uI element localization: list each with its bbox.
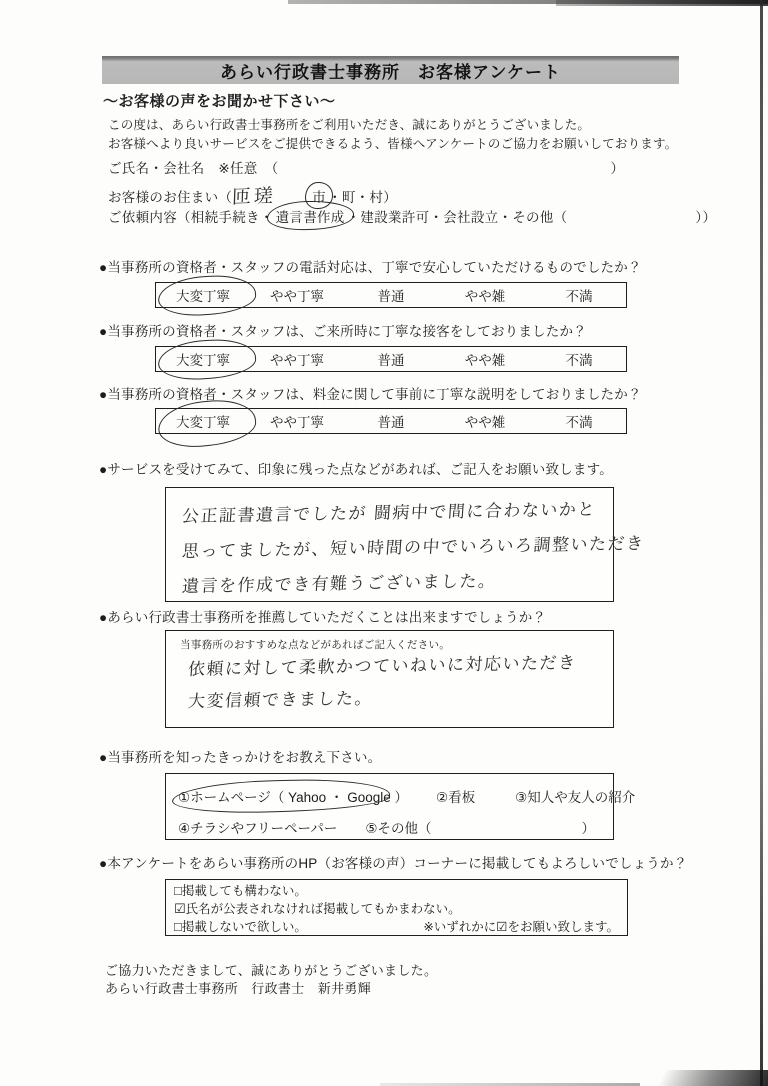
source-opt5-close: ） [582, 821, 596, 836]
publish-option-3: □掲載しないで欲しい。 ※いずれかに☑をお願い致します。 [174, 918, 619, 936]
source-option-signboard: ②看板 [436, 790, 475, 805]
scan-artifact-bottom-right [628, 1070, 768, 1086]
rating-option: 不満 [532, 285, 626, 305]
handwritten-comment-line: 遺言を作成でき有難うございました。 [181, 563, 598, 605]
question-recommend: ●あらい行政書士事務所を推薦していただくことは出来ますでしょうか？ [99, 606, 546, 626]
source-options-box: ①ホームページ（ Yahoo ・ Google ）②看板③知人や友人の紹介 ④チ… [165, 773, 614, 840]
publish-option-2: ☑氏名が公表されなければ掲載してもかまわない。 [174, 900, 619, 918]
form-title-bar: あらい行政書士事務所 お客様アンケート [102, 56, 679, 84]
field-request-close-paren: ）） [695, 210, 716, 225]
field-name-company: ご氏名・会社名 ※任意 （） [108, 157, 624, 177]
source-opt1-close: ） [395, 790, 409, 805]
handwritten-circle-selected-rating [156, 396, 258, 451]
rating-option: 不満 [532, 349, 626, 369]
form-subtitle: ～お客様の声をお聞かせ下さい～ [103, 90, 336, 111]
field-name-label: ご氏名・会社名 ※任意 （ [108, 161, 278, 176]
rating-option: 不満 [532, 411, 626, 431]
rating-scale-phone: 大変丁寧 やや丁寧 普通 やや雑 不満 [155, 282, 627, 308]
footer-thanks: ご協力いただきまして、誠にありがとうございました。 [105, 960, 437, 979]
rating-option: やや雑 [438, 349, 532, 369]
field-residence-rest: ・町・村） [328, 190, 397, 205]
checkbox-unchecked: □ [174, 919, 182, 934]
question-source: ●当事務所を知ったきっかけをお教え下さい。 [99, 746, 381, 766]
publish-option-2-label: 氏名が公表されなければ掲載してもかまわない。 [186, 902, 461, 916]
question-impression: ●サービスを受けてみて、印象に残った点などがあれば、ご記入をお願い致します。 [99, 458, 613, 478]
field-residence-label: お客様のお住まい（ [108, 190, 232, 205]
rating-option: やや雑 [438, 285, 532, 305]
scan-artifact-right-edge [760, 0, 763, 1086]
source-options-row-2: ④チラシやフリーペーパー⑤その他（） [166, 806, 613, 837]
source-option-other: ⑤その他（ [365, 821, 431, 836]
rating-option: やや丁寧 [250, 285, 344, 305]
publish-options-box: □掲載しても構わない。 ☑氏名が公表されなければ掲載してもかまわない。 □掲載し… [165, 879, 628, 936]
question-reception: ●当事務所の資格者・スタッフは、ご来所時に丁寧な接客をしておりましたか？ [99, 320, 587, 340]
rating-scale-fees: 大変丁寧 やや丁寧 普通 やや雑 不満 [155, 408, 627, 434]
handwritten-circle-selected-rating [157, 273, 257, 319]
handwritten-circle-request [266, 200, 353, 231]
intro-line-2: お客様へより良いサービスをご提供できるよう、皆様へアンケートのご協力をお願いして… [108, 135, 677, 154]
publish-option-1-label: 掲載しても構わない。 [182, 884, 307, 898]
footer-signature: あらい行政書士事務所 行政書士 新井勇輝 [105, 978, 371, 997]
recommend-comment-box: 当事務所のおすすめな点などがあればご記入ください。 依頼に対して柔軟かつていねい… [165, 630, 614, 728]
rating-scale-reception: 大変丁寧 やや丁寧 普通 やや雑 不満 [155, 346, 627, 372]
field-residence: お客様のお住まい（匝瑳市・町・村） [108, 181, 397, 208]
intro-paragraph: この度は、あらい行政書士事務所をご利用いただき、誠にありがとうございました。 お… [108, 116, 677, 154]
publish-option-1: □掲載しても構わない。 [174, 882, 619, 900]
field-request-type: ご依頼内容（相続手続き・遺言書作成・建設業許可・会社設立・その他（）） [108, 206, 716, 226]
field-request-rest: ・建設業許可・会社設立・その他（ [347, 210, 568, 225]
field-name-close-paren: ） [610, 161, 624, 176]
form-title: あらい行政書士事務所 お客様アンケート [220, 58, 561, 83]
rating-option: やや丁寧 [250, 349, 344, 369]
rating-option: 普通 [344, 411, 438, 431]
checkbox-unchecked: □ [174, 883, 182, 898]
impression-comment-box: 公正証書遺言でしたが 闘病中で間に合わないかと 思ってましたが、短い時間の中でい… [165, 487, 614, 602]
question-fee-explanation: ●当事務所の資格者・スタッフは、料金に関して事前に丁寧な説明をしておりましたか？ [99, 383, 642, 403]
question-phone-response: ●当事務所の資格者・スタッフの電話対応は、丁寧で安心していただけるものでしたか？ [99, 256, 642, 276]
publish-note: ※いずれかに☑をお願い致します。 [423, 918, 619, 936]
scan-artifact-top-edge [288, 0, 768, 4]
scan-artifact-top-right [556, 0, 768, 6]
source-option-flyer: ④チラシやフリーペーパー [178, 821, 337, 836]
publish-option-3-label: 掲載しないで欲しい。 [182, 920, 307, 934]
rating-option: やや丁寧 [250, 411, 344, 431]
handwritten-circle-selected-rating [157, 337, 257, 383]
checkbox-checked: ☑ [174, 901, 186, 916]
rating-option: 普通 [344, 349, 438, 369]
source-option-referral: ③知人や友人の紹介 [515, 790, 635, 805]
rating-option: やや雑 [438, 411, 532, 431]
handwritten-recommend-line: 大変信頼できました。 [187, 679, 598, 718]
request-selected-circled: 遺言書作成 [274, 206, 347, 226]
rating-option: 普通 [344, 285, 438, 305]
scanned-survey-document: あらい行政書士事務所 お客様アンケート ～お客様の声をお聞かせ下さい～ この度は… [0, 0, 768, 1086]
source-options-row-1: ①ホームページ（ Yahoo ・ Google ）②看板③知人や友人の紹介 [166, 774, 613, 806]
question-publish: ●本アンケートをあらい事務所のHP（お客様の声）コーナーに掲載してもよろしいでし… [99, 852, 687, 872]
field-request-label: ご依頼内容（相続手続き・ [108, 210, 274, 225]
intro-line-1: この度は、あらい行政書士事務所をご利用いただき、誠にありがとうございました。 [108, 116, 677, 135]
